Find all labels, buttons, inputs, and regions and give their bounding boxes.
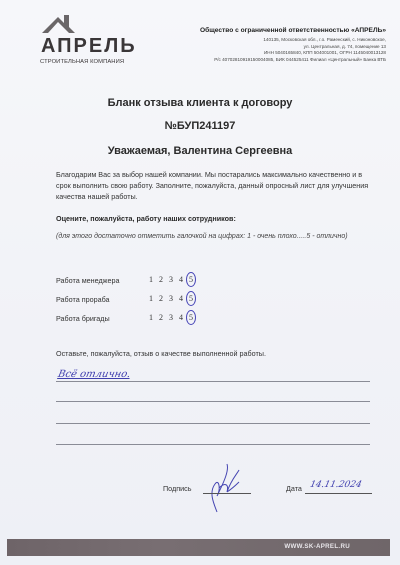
rating-label: Работа менеджера [56, 276, 119, 285]
rating-option-1[interactable]: 1 [146, 294, 156, 303]
intro-text: Благодарим Вас за выбор нашей компании. … [56, 169, 376, 202]
logo-subtitle: СТРОИТЕЛЬНАЯ КОМПАНИЯ [40, 59, 124, 65]
footer-bar: WWW.SK-APREL.RU [7, 539, 390, 556]
company-name: Общество с ограниченной ответственностью… [136, 27, 386, 34]
rating-option-5-selected[interactable]: 5 [186, 313, 196, 322]
rating-option-1[interactable]: 1 [146, 275, 156, 284]
rating-scale: 12345 [146, 275, 196, 284]
rating-option-3[interactable]: 3 [166, 313, 176, 322]
date-label: Дата [286, 484, 302, 493]
rating-option-5-selected[interactable]: 5 [186, 275, 196, 284]
rating-option-4[interactable]: 4 [176, 313, 186, 322]
rating-label: Работа прораба [56, 295, 110, 304]
rating-option-3[interactable]: 3 [166, 294, 176, 303]
feedback-handwritten[interactable]: Всё отлично. [57, 369, 132, 380]
feedback-line-3[interactable] [56, 423, 370, 424]
rating-option-2[interactable]: 2 [156, 275, 166, 284]
company-details: Общество с ограниченной ответственностью… [136, 27, 386, 63]
signature-label: Подпись [163, 484, 191, 493]
company-bank: Р/с 40702810919150004085, БИК 044525411 … [136, 57, 386, 64]
feedback-line-4[interactable] [56, 444, 370, 445]
rating-option-2[interactable]: 2 [156, 313, 166, 322]
form-title: Бланк отзыва клиента к договору [0, 97, 400, 109]
company-address-2: ул. Центральная, д. 74, помещение 13 [136, 44, 386, 51]
rating-title: Оцените, пожалуйста, работу наших сотруд… [56, 214, 236, 223]
rating-label: Работа бригады [56, 314, 110, 323]
company-registration: ИНН 5040165840, КПП 504001001, ОГРН 1145… [136, 50, 386, 57]
house-roof-icon [42, 13, 78, 33]
signature-mark-icon [203, 462, 243, 514]
contract-number: №БУП241197 [0, 120, 400, 132]
feedback-line-2[interactable] [56, 401, 370, 402]
rating-option-2[interactable]: 2 [156, 294, 166, 303]
rating-option-4[interactable]: 4 [176, 294, 186, 303]
company-logo: АПРЕЛЬ СТРОИТЕЛЬНАЯ КОМПАНИЯ [38, 13, 138, 65]
rating-option-1[interactable]: 1 [146, 313, 156, 322]
feedback-line-1[interactable] [56, 381, 370, 382]
feedback-question: Оставьте, пожалуйста, отзыв о качестве в… [56, 349, 266, 358]
feedback-form-page: АПРЕЛЬ СТРОИТЕЛЬНАЯ КОМПАНИЯ Общество с … [0, 0, 400, 565]
client-greeting: Уважаемая, Валентина Сергеевна [0, 145, 400, 157]
rating-option-5-selected[interactable]: 5 [186, 294, 196, 303]
rating-hint: (для этого достаточно отметить галочкой … [56, 231, 356, 242]
rating-scale: 12345 [146, 313, 196, 322]
rating-scale: 12345 [146, 294, 196, 303]
date-handwritten[interactable]: 14.11.2024 [309, 480, 363, 490]
website-link[interactable]: WWW.SK-APREL.RU [284, 543, 350, 550]
signature-field[interactable] [203, 493, 251, 494]
rating-option-3[interactable]: 3 [166, 275, 176, 284]
rating-option-4[interactable]: 4 [176, 275, 186, 284]
logo-name: АПРЕЛЬ [41, 36, 137, 56]
date-field[interactable] [305, 493, 372, 494]
company-address-1: 140135, Московская обл., г.о. Раменский,… [136, 37, 386, 44]
